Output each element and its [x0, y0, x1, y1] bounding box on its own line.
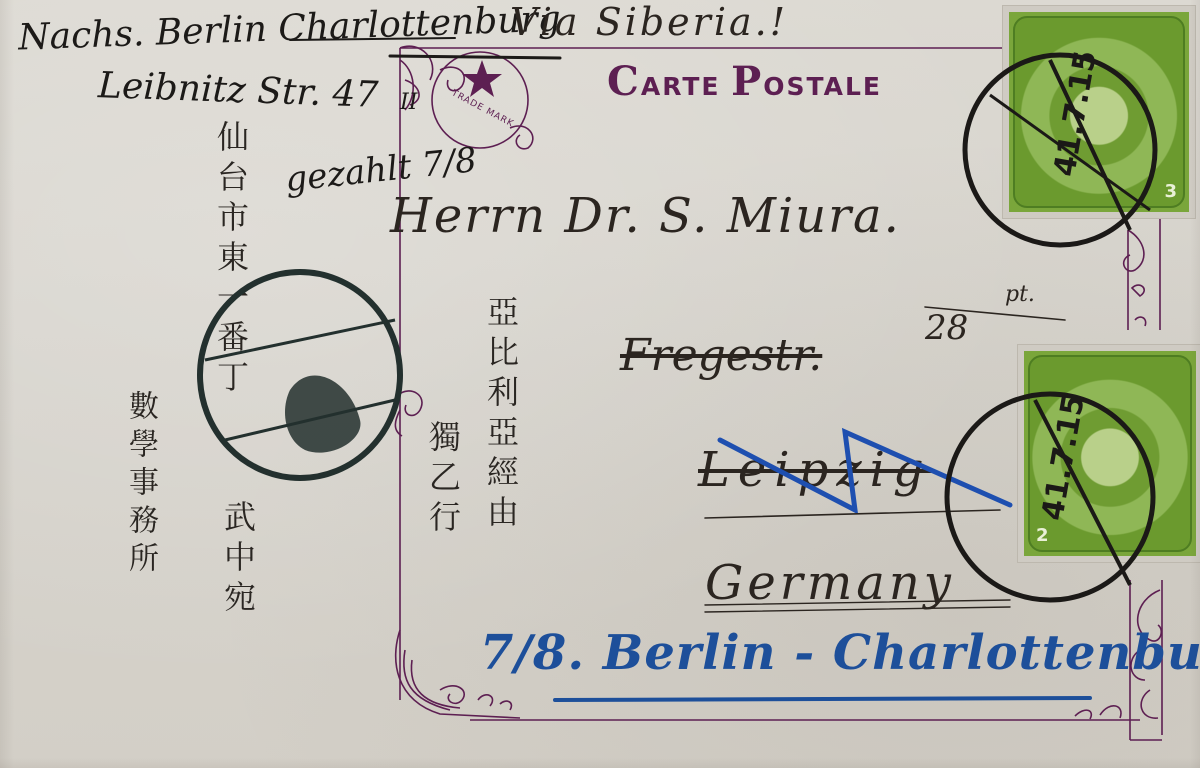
postcard: CARTE POSTALE TRADE MARK Nachs. Berlin C…	[0, 0, 1200, 768]
postmarks	[0, 0, 1200, 768]
